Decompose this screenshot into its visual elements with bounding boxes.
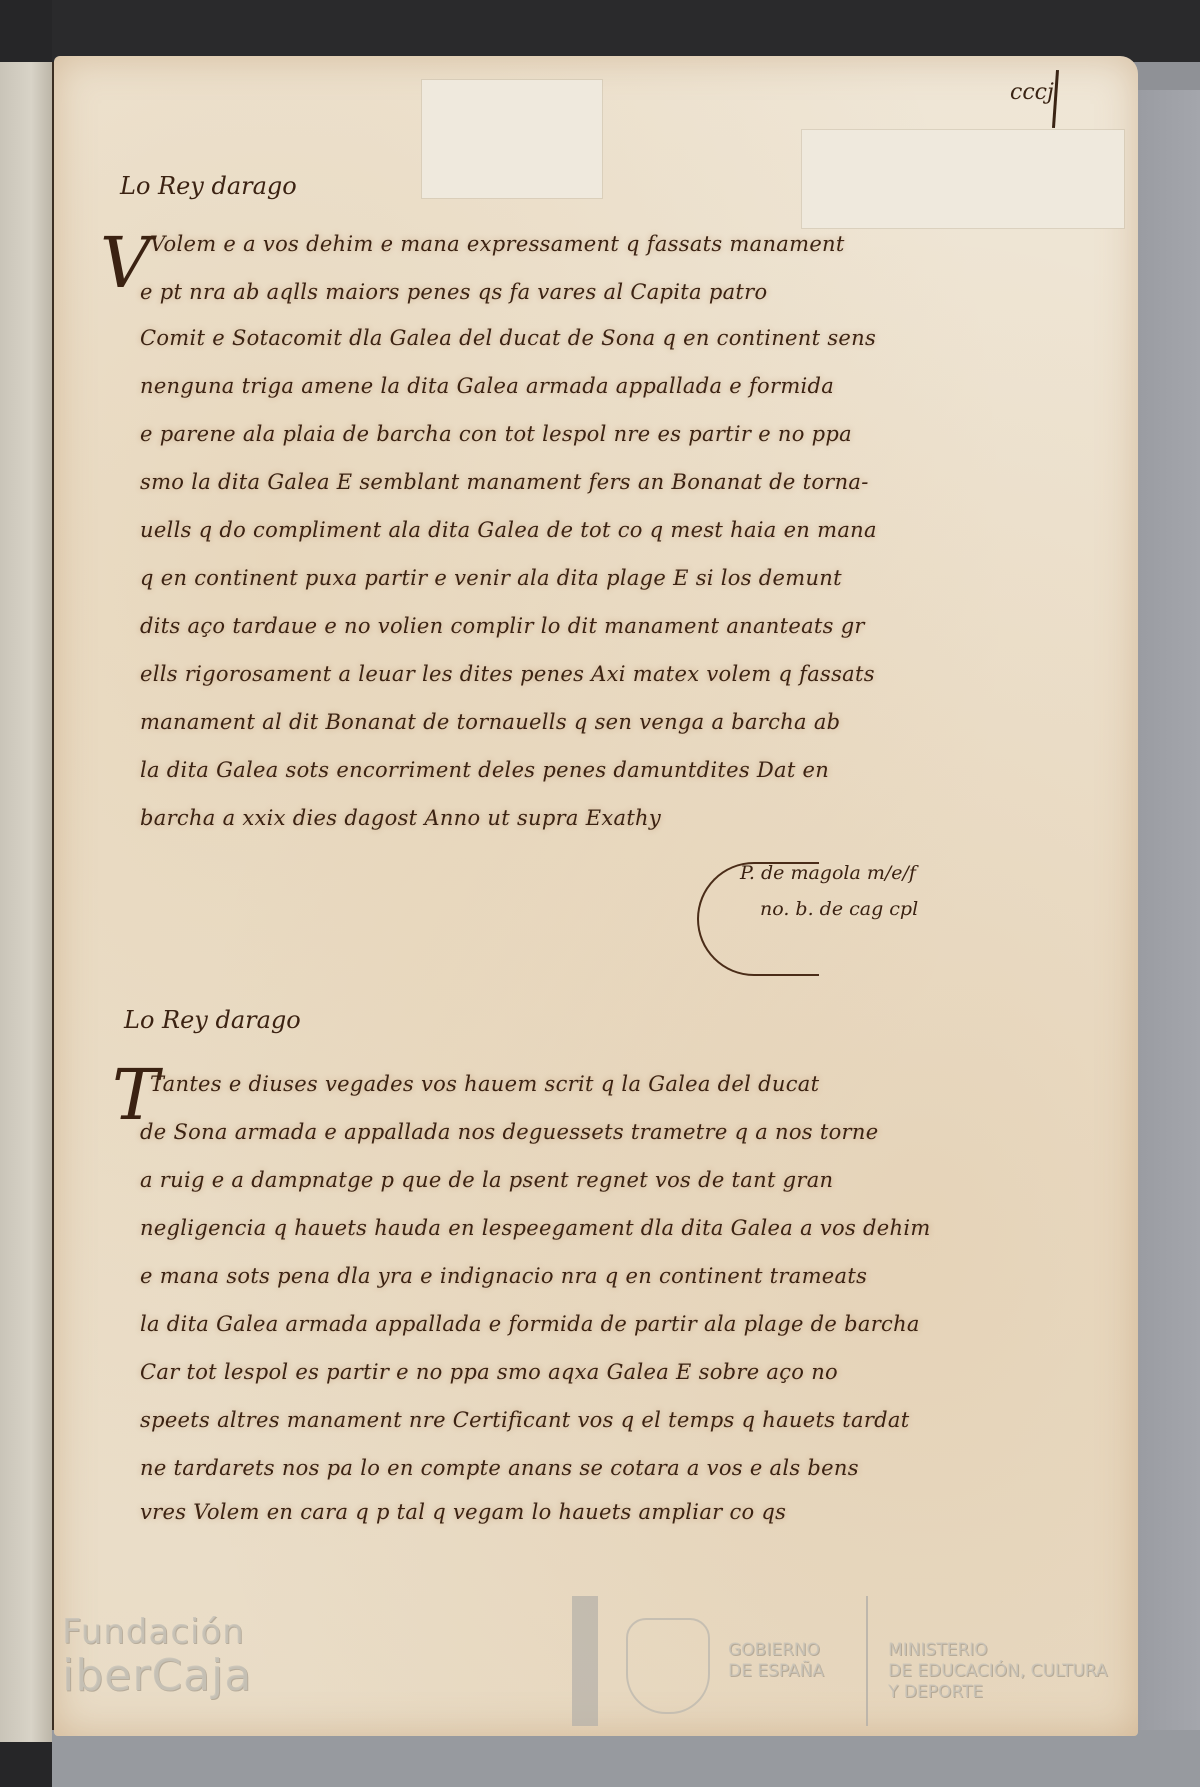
manuscript-line: Car tot lespol es partir e no ppa smo aq… [140, 1360, 838, 1384]
manuscript-line: vres Volem en cara q p tal q vegam lo ha… [140, 1500, 786, 1524]
spain-coat-of-arms-icon [626, 1618, 710, 1714]
manuscript-line: smo la dita Galea E semblant manament fe… [140, 470, 869, 494]
manuscript-line: Comit e Sotacomit dla Galea del ducat de… [140, 326, 876, 350]
ibercaja-watermark-logo: iberCaja [62, 1650, 252, 1701]
paper-repair-patch [422, 80, 602, 198]
manuscript-line: speets altres manament nre Certificant v… [140, 1408, 909, 1432]
manuscript-line: negligencia q hauets hauda en lespeegame… [140, 1216, 931, 1240]
facing-page-edge [0, 62, 54, 1742]
manuscript-line: manament al dit Bonanat de tornauells q … [140, 710, 840, 734]
manuscript-line: la dita Galea sots encorriment deles pen… [140, 758, 829, 782]
signature-line: no. b. de cag cpl [760, 898, 918, 920]
ministerio-line: DE EDUCACIÓN, CULTURA [888, 1661, 1108, 1682]
letter-heading: Lo Rey darago [120, 172, 297, 200]
ministerio-watermark: MINISTERIO DE EDUCACIÓN, CULTURA Y DEPOR… [888, 1640, 1108, 1703]
manuscript-line: e mana sots pena dla yra e indignacio nr… [140, 1264, 867, 1288]
scan-background-bottom [52, 1730, 1200, 1787]
watermark-divider [866, 1596, 868, 1726]
manuscript-page [54, 56, 1138, 1736]
gobierno-line: GOBIERNO [728, 1640, 824, 1661]
paper-repair-patch [802, 130, 1124, 228]
ministerio-line: MINISTERIO [888, 1640, 1108, 1661]
letter-heading: Lo Rey darago [124, 1006, 301, 1034]
manuscript-line: Tantes e diuses vegades vos hauem scrit … [150, 1072, 819, 1096]
manuscript-line: q en continent puxa partir e venir ala d… [140, 566, 842, 590]
manuscript-line: de Sona armada e appallada nos deguesset… [140, 1120, 878, 1144]
scan-background-top [0, 0, 1200, 62]
gobierno-line: DE ESPAÑA [728, 1661, 824, 1682]
manuscript-line: dits aço tardaue e no volien complir lo … [140, 614, 865, 638]
manuscript-line: a ruig e a dampnatge p que de la psent r… [140, 1168, 833, 1192]
manuscript-line: ells rigorosament a leuar les dites pene… [140, 662, 875, 686]
signature-line: P. de magola m/e/f [740, 862, 916, 884]
manuscript-line: ne tardarets nos pa lo en compte anans s… [140, 1456, 859, 1480]
gobierno-watermark: GOBIERNO DE ESPAÑA [728, 1640, 824, 1682]
folio-number: cccj [1010, 80, 1054, 105]
binding-board [1138, 90, 1200, 1787]
ministerio-line: Y DEPORTE [888, 1682, 1108, 1703]
manuscript-line: nenguna triga amene la dita Galea armada… [140, 374, 834, 398]
manuscript-line: e pt nra ab aqlls maiors penes qs fa var… [140, 280, 767, 304]
spain-flag-bar-icon [572, 1596, 598, 1726]
ibercaja-watermark-fundacion: Fundación [62, 1612, 245, 1652]
manuscript-line: e parene ala plaia de barcha con tot les… [140, 422, 852, 446]
manuscript-line: la dita Galea armada appallada e formida… [140, 1312, 920, 1336]
manuscript-line: Volem e a vos dehim e mana expressament … [150, 232, 845, 256]
manuscript-line: barcha a xxix dies dagost Anno ut supra … [140, 806, 661, 830]
manuscript-line: uells q do compliment ala dita Galea de … [140, 518, 877, 542]
